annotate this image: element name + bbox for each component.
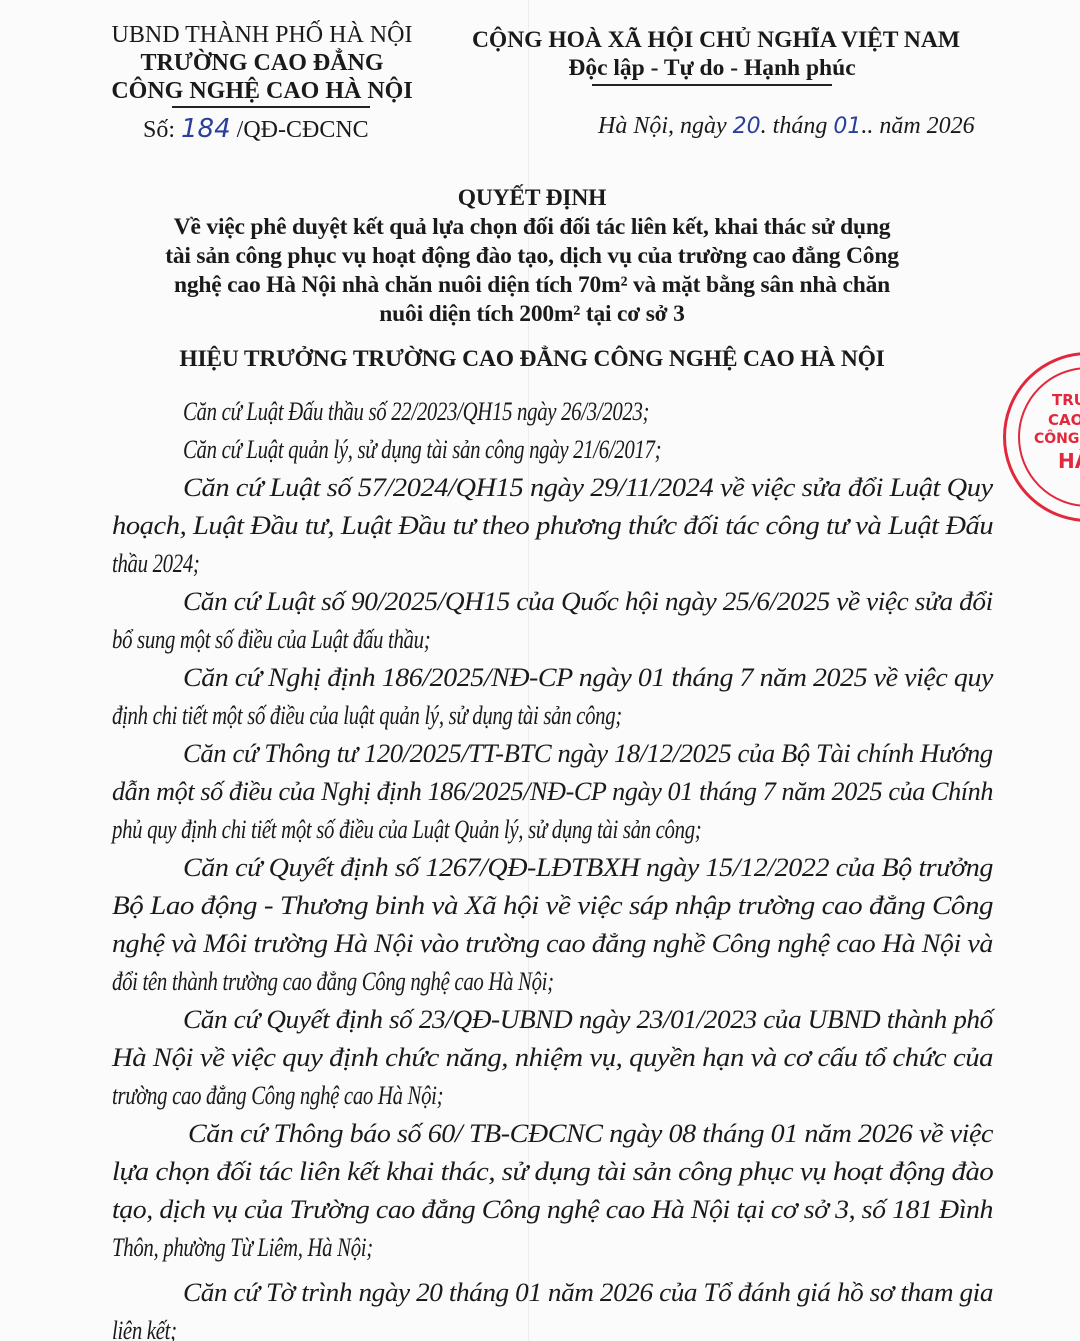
issuing-authority: HIỆU TRƯỞNG TRƯỜNG CAO ĐẲNG CÔNG NGHỆ CA… bbox=[179, 346, 884, 373]
number-handwritten: 184 bbox=[181, 114, 231, 144]
stamp-text: CAO bbox=[1048, 411, 1080, 429]
stamp-text: CÔNG N bbox=[1034, 431, 1080, 447]
subject-line: tài sản công phục vụ hoạt động đào tạo, … bbox=[165, 243, 899, 270]
subject-line: nuôi diện tích 200m² tại cơ sở 3 bbox=[379, 301, 684, 328]
issue-date: Hà Nội, ngày 20. tháng 01.. năm 2026 bbox=[598, 113, 975, 140]
date-month-label: tháng bbox=[773, 113, 828, 139]
body-line: phủ quy định chi tiết một số điều của Lu… bbox=[112, 815, 701, 845]
red-seal-stamp: TRƯ CAO CÔNG N HÀ bbox=[1003, 352, 1080, 522]
body-line: Thôn, phường Từ Liêm, Hà Nội; bbox=[112, 1233, 373, 1263]
org-name-line1: TRƯỜNG CAO ĐẲNG bbox=[140, 50, 383, 77]
body-line: Bộ Lao động - Thương binh và Xã hội về v… bbox=[112, 891, 993, 921]
motto-underline bbox=[592, 84, 832, 86]
body-line: hoạch, Luật Đầu tư, Luật Đầu tư theo phư… bbox=[112, 511, 993, 541]
authority-name: UBND THÀNH PHỐ HÀ NỘI bbox=[112, 22, 413, 49]
nation-name: CỘNG HOÀ XÃ HỘI CHỦ NGHĨA VIỆT NAM bbox=[472, 27, 960, 54]
org-underline bbox=[172, 106, 370, 108]
body-line: trường cao đẳng Công nghệ cao Hà Nội; bbox=[112, 1081, 443, 1111]
body-line: Căn cứ Nghị định 186/2025/NĐ-CP ngày 01 … bbox=[183, 663, 993, 693]
body-line: lựa chọn đối tác liên kết khai thác, sử … bbox=[112, 1157, 993, 1187]
body-line: Căn cứ Tờ trình ngày 20 tháng 01 năm 202… bbox=[183, 1278, 993, 1308]
body-line: Căn cứ Quyết định số 23/QĐ-UBND ngày 23/… bbox=[183, 1005, 993, 1035]
body-line: Căn cứ Quyết định số 1267/QĐ-LĐTBXH ngày… bbox=[183, 853, 993, 883]
body-line: tạo, dịch vụ của Trường cao đẳng Công ng… bbox=[112, 1195, 993, 1225]
subject-line: Về việc phê duyệt kết quả lựa chọn đối đ… bbox=[174, 214, 891, 241]
body-line: bổ sung một số điều của Luật đấu thầu; bbox=[112, 625, 430, 655]
body-line: Căn cứ Thông tư 120/2025/TT-BTC ngày 18/… bbox=[183, 739, 993, 769]
subject-line: nghệ cao Hà Nội nhà chăn nuôi diện tích … bbox=[174, 272, 890, 299]
date-month: 01 bbox=[833, 114, 861, 139]
body-line: Căn cứ Luật số 90/2025/QH15 của Quốc hội… bbox=[183, 587, 993, 617]
body-line: nghệ và Môi trường Hà Nội vào trường cao… bbox=[112, 929, 993, 959]
body-line: định chi tiết một số điều của luật quản … bbox=[112, 701, 622, 731]
stamp-text: HÀ bbox=[1058, 449, 1080, 473]
stamp-text: TRƯ bbox=[1052, 391, 1080, 409]
date-day: 20 bbox=[733, 114, 761, 139]
decision-heading: QUYẾT ĐỊNH bbox=[458, 185, 606, 212]
body-line: liên kết; bbox=[112, 1316, 177, 1341]
body-line: Căn cứ Luật Đấu thầu số 22/2023/QH15 ngà… bbox=[183, 397, 649, 427]
number-prefix: Số: bbox=[143, 117, 175, 143]
nation-motto: Độc lập - Tự do - Hạnh phúc bbox=[568, 55, 855, 82]
document-number: Số: 184 /QĐ-CĐCNC bbox=[143, 114, 369, 144]
number-suffix: /QĐ-CĐCNC bbox=[237, 117, 369, 143]
body-line: thầu 2024; bbox=[112, 549, 200, 579]
body-line: Căn cứ Luật quản lý, sử dụng tài sản côn… bbox=[183, 435, 661, 465]
body-line: Căn cứ Thông báo số 60/ TB-CĐCNC ngày 08… bbox=[188, 1119, 993, 1149]
body-line: Hà Nội về việc quy định chức năng, nhiệm… bbox=[112, 1043, 993, 1073]
org-name-line2: CÔNG NGHỆ CAO HÀ NỘI bbox=[111, 78, 412, 105]
body-line: dẫn một số điều của Nghị định 186/2025/N… bbox=[112, 777, 993, 807]
date-place: Hà Nội, ngày bbox=[598, 113, 727, 139]
body-line: Căn cứ Luật số 57/2024/QH15 ngày 29/11/2… bbox=[183, 473, 993, 503]
date-year: năm 2026 bbox=[879, 113, 974, 139]
body-line: đổi tên thành trường cao đẳng Công nghệ … bbox=[112, 967, 554, 997]
